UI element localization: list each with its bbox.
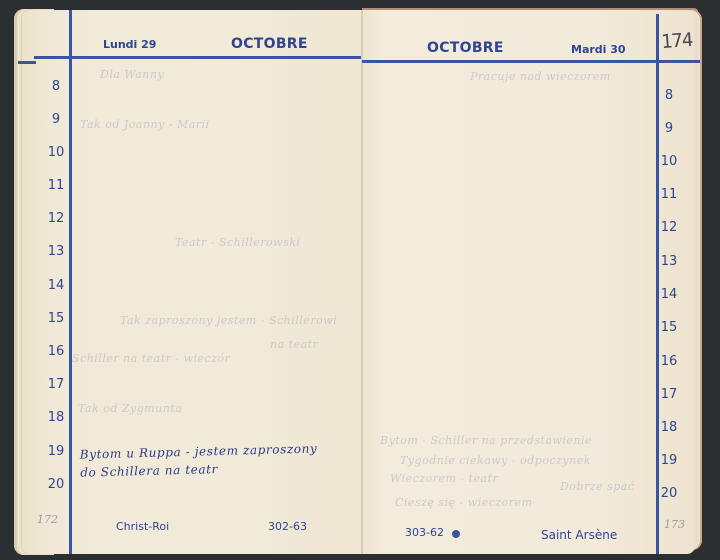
hour-label: 16 bbox=[657, 354, 681, 369]
hour-label: 13 bbox=[44, 244, 68, 259]
bleed-through-text: Pracuje nad wieczorem bbox=[470, 70, 611, 83]
bleed-through-text: Tak zaproszony jestem - Schillerowi bbox=[120, 314, 337, 327]
bleed-through-text: Teatr - Schillerowski bbox=[175, 236, 300, 249]
hour-label: 15 bbox=[657, 320, 681, 335]
hour-label: 14 bbox=[657, 287, 681, 302]
bleed-through-text: Dobrze spać bbox=[560, 480, 634, 493]
bleed-through-text: Schiller na teatr - wieczór bbox=[72, 352, 230, 365]
bleed-through-text: Dla Wanny bbox=[100, 68, 164, 81]
hour-label: 10 bbox=[657, 154, 681, 169]
bleed-through-text: Bytom - Schiller na przedstawienie bbox=[380, 434, 592, 447]
right-feast-day: Saint Arsène bbox=[541, 528, 617, 542]
hour-label: 17 bbox=[44, 377, 68, 392]
hour-label: 11 bbox=[657, 187, 681, 202]
right-month-label: OCTOBRE bbox=[427, 40, 504, 56]
hour-label: 11 bbox=[44, 178, 68, 193]
hour-label: 10 bbox=[44, 145, 68, 160]
handwritten-entry: Bytom u Ruppa - jestem zaproszony do Sch… bbox=[80, 438, 361, 481]
bleed-through-text: Tak od Joanny - Marii bbox=[80, 118, 210, 131]
bleed-through-text: na teatr bbox=[270, 338, 318, 351]
hour-label: 9 bbox=[44, 112, 68, 127]
hour-label: 9 bbox=[657, 121, 681, 136]
hour-label: 16 bbox=[44, 344, 68, 359]
left-day-count: 302-63 bbox=[268, 520, 307, 533]
new-moon-icon bbox=[452, 530, 460, 538]
hour-label: 14 bbox=[44, 278, 68, 293]
book-gutter-line bbox=[361, 10, 363, 554]
left-stack-rule bbox=[18, 61, 36, 64]
right-day-count: 303-62 bbox=[405, 526, 444, 539]
hour-label: 15 bbox=[44, 311, 68, 326]
bleed-through-text: Wieczorem - teatr bbox=[390, 472, 498, 485]
left-header-rule bbox=[34, 56, 362, 59]
hour-label: 13 bbox=[657, 254, 681, 269]
right-header-rule bbox=[362, 60, 700, 63]
right-page-number: 173 bbox=[664, 518, 685, 531]
hour-label: 12 bbox=[657, 220, 681, 235]
bleed-through-text: Cieszę się - wieczorem bbox=[395, 496, 533, 509]
hour-label: 19 bbox=[657, 453, 681, 468]
left-month-label: OCTOBRE bbox=[231, 36, 308, 52]
hour-label: 18 bbox=[657, 420, 681, 435]
left-day-label: Lundi 29 bbox=[103, 38, 156, 51]
handwritten-page-number: 174 bbox=[660, 29, 693, 53]
left-hour-column-rule bbox=[69, 10, 72, 554]
hour-label: 20 bbox=[657, 486, 681, 501]
hour-label: 20 bbox=[44, 477, 68, 492]
open-planner-book: 28 Lundi 29 OCTOBRE 8 9 10 11 12 13 14 1… bbox=[0, 0, 720, 560]
hour-label: 8 bbox=[44, 79, 68, 94]
right-day-label: Mardi 30 bbox=[571, 43, 626, 56]
hour-label: 18 bbox=[44, 410, 68, 425]
left-page-number: 172 bbox=[37, 513, 58, 526]
hour-label: 19 bbox=[44, 444, 68, 459]
hour-label: 12 bbox=[44, 211, 68, 226]
bleed-through-text: Tygodnie ciekawy - odpoczynek bbox=[400, 454, 591, 467]
bleed-through-text: Tak od Zygmunta bbox=[78, 402, 182, 415]
hour-label: 8 bbox=[657, 88, 681, 103]
left-feast-day: Christ-Roi bbox=[116, 520, 169, 533]
hour-label: 17 bbox=[657, 387, 681, 402]
